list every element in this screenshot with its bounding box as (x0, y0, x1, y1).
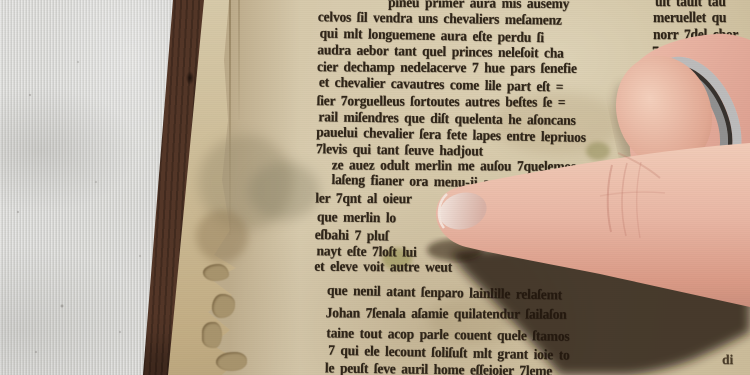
hand-overlay (0, 0, 750, 375)
manuscript-photo: pineu primer aura mis ausemy celvos ſil … (0, 0, 750, 375)
